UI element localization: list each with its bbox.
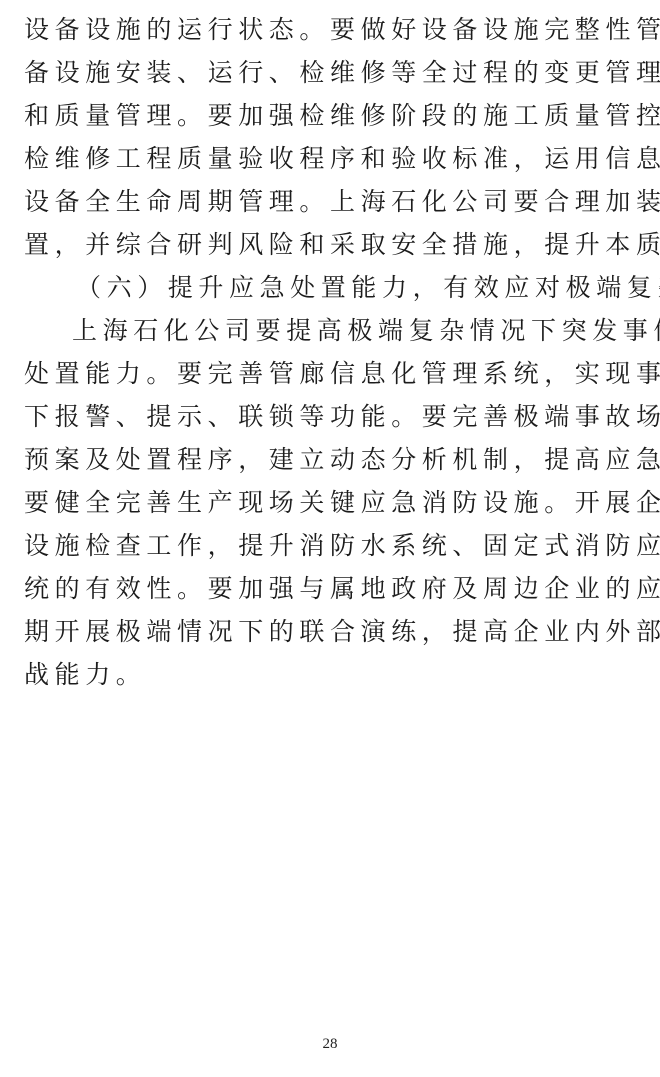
- paragraph-2-line-2: 处置能力。要完善管廊信息化管理系统，实现事故应急状态: [24, 354, 660, 394]
- paragraph-2-line-1: 上海石化公司要提高极端复杂情况下突发事件的应急: [72, 311, 660, 351]
- paragraph-2-line-9: 战能力。: [24, 655, 146, 695]
- page-number: 28: [0, 1036, 660, 1053]
- paragraph-2-line-5: 要健全完善生产现场关键应急消防设施。开展企业应急消防: [24, 483, 660, 523]
- paragraph-2-line-3: 下报警、提示、联锁等功能。要完善极端事故场景下的应急: [24, 397, 660, 437]
- paragraph-1-line-6: 置，并综合研判风险和采取安全措施，提升本质安全水平。: [24, 225, 660, 265]
- paragraph-1-line-4: 检维修工程质量验收程序和验收标准，运用信息化系统进行: [24, 139, 660, 179]
- paragraph-1-line-2: 备设施安装、运行、检维修等全过程的变更管理、风险管控: [24, 53, 660, 93]
- paragraph-2-line-8: 期开展极端情况下的联合演练，提高企业内外部综合协同作: [24, 612, 660, 652]
- paragraph-2-line-6: 设施检查工作，提升消防水系统、固定式消防应急设施等系: [24, 526, 660, 566]
- paragraph-1-line-5: 设备全生命周期管理。上海石化公司要合理加装相关联锁装: [24, 182, 660, 222]
- document-page: 设备设施的运行状态。要做好设备设施完整性管理，做好设 备设施安装、运行、检维修等…: [0, 0, 660, 1077]
- paragraph-2-line-4: 预案及处置程序，建立动态分析机制，提高应急响应能力。: [24, 440, 660, 480]
- paragraph-2-line-7: 统的有效性。要加强与属地政府及周边企业的应急联动，定: [24, 569, 660, 609]
- section-heading: （六）提升应急处置能力，有效应对极端复杂情况: [76, 268, 660, 308]
- paragraph-1-line-1: 设备设施的运行状态。要做好设备设施完整性管理，做好设: [24, 10, 660, 50]
- paragraph-1-line-3: 和质量管理。要加强检维修阶段的施工质量管控，严格执行: [24, 96, 660, 136]
